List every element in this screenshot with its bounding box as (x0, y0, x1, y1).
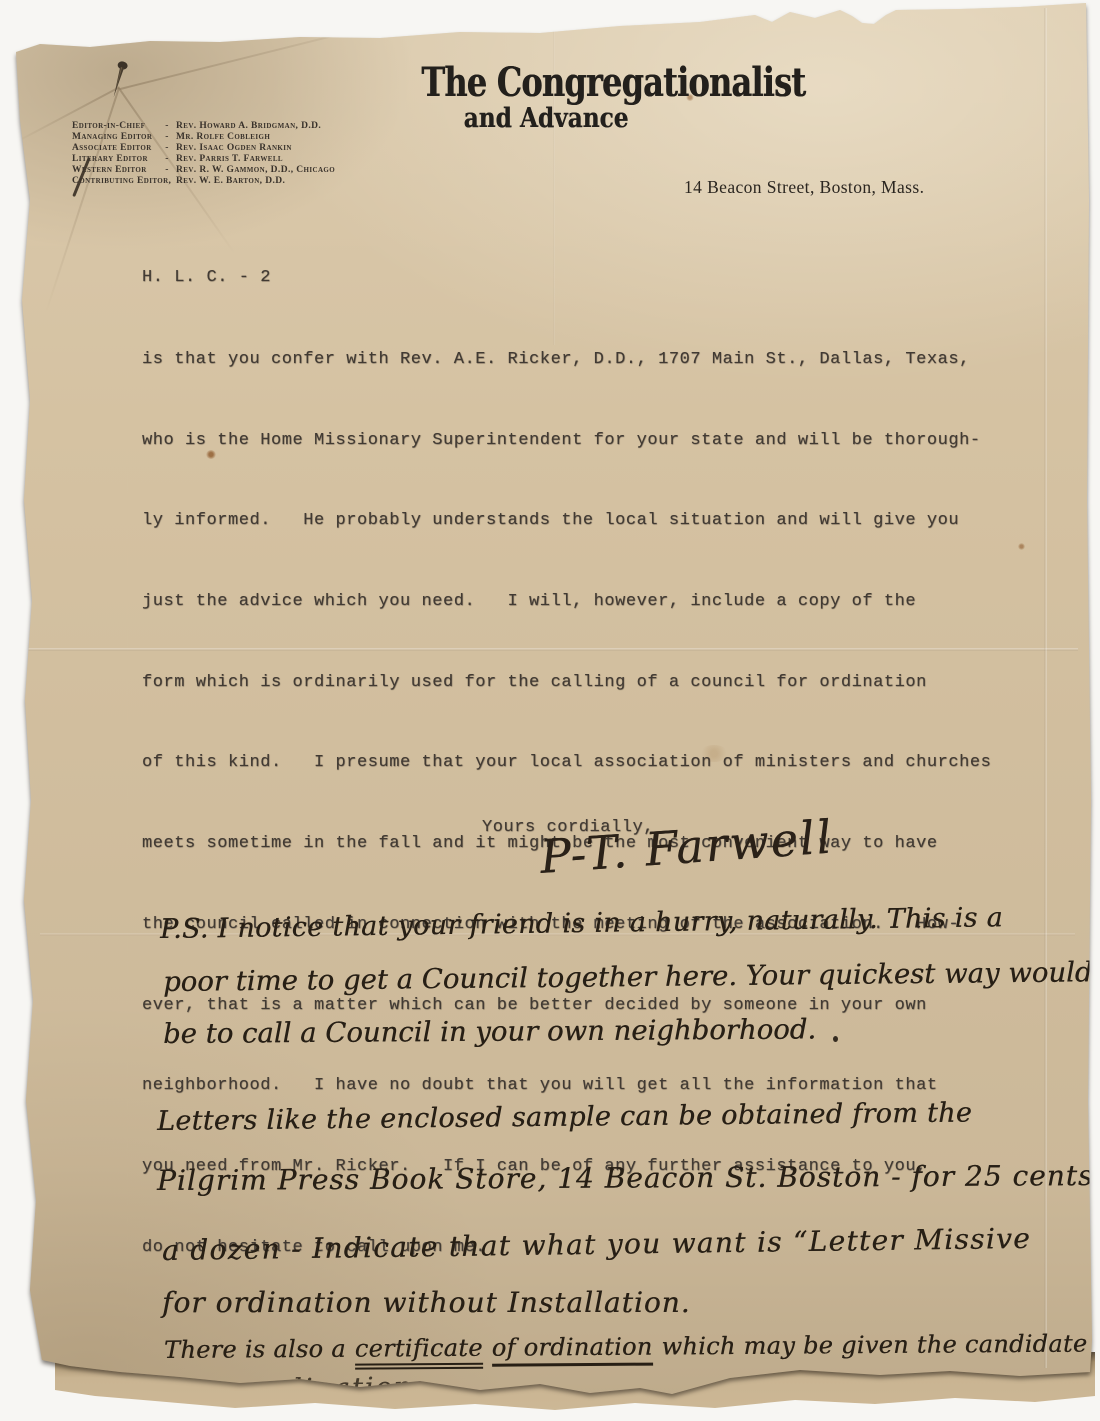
editor-row: Managing Editor-Mr. Rolfe Cobleigh (72, 132, 335, 143)
editor-name: Rev. Howard A. Bridgman, D.D. (176, 121, 335, 132)
note-line: Pilgrim Press Book Store, 14 Beacon St. … (157, 1159, 1093, 1197)
masthead: The Congregationalist and Advance (390, 60, 702, 132)
ps-line: be to call a Council in your own neighbo… (163, 1013, 816, 1050)
editor-role: Contributing Editor, (72, 176, 158, 187)
scan-background: The Congregationalist and Advance Editor… (0, 0, 1100, 1421)
editor-role: Managing Editor (72, 132, 158, 143)
editor-role: Literary Editor (72, 154, 158, 165)
editor-row: Contributing Editor,Rev. W. E. Barton, D… (72, 176, 335, 187)
editor-separator: - (158, 154, 176, 165)
underlined-word: certificate (355, 1334, 483, 1370)
editor-name: Rev. Parris T. Farwell (176, 154, 335, 165)
editor-row: Western Editor-Rev. R. W. Gammon, D.D., … (72, 165, 335, 176)
editor-separator: - (158, 121, 176, 132)
editor-name: Rev. R. W. Gammon, D.D., Chicago (176, 165, 335, 176)
letter-paper: The Congregationalist and Advance Editor… (0, 0, 1100, 1421)
page-number-header: H. L. C. - 2 (142, 268, 271, 287)
editor-role: Western Editor (72, 165, 158, 176)
editor-role: Editor-in-Chief (72, 121, 158, 132)
typed-line: of this kind. I presume that your local … (142, 742, 991, 785)
typed-paragraph: is that you confer with Rev. A.E. Ricker… (142, 301, 991, 1307)
fold-crease (120, 11, 431, 90)
typed-line: who is the Home Missionary Superintenden… (142, 420, 991, 463)
note-line: after ordination (165, 1372, 414, 1407)
underlined-word: of ordination (492, 1333, 653, 1367)
editor-row: Literary Editor-Rev. Parris T. Farwell (72, 154, 335, 165)
editor-separator: - (158, 165, 176, 176)
straight-pin-icon (103, 58, 136, 103)
note-text: There is also a (164, 1335, 346, 1364)
address-line: 14 Beacon Street, Boston, Mass. (684, 177, 924, 198)
masthead-subtitle: and Advance (412, 106, 680, 132)
masthead-title: The Congregationalist (421, 60, 671, 106)
note-text: which may be given the candidate (661, 1330, 1087, 1361)
editor-role: Associate Editor (72, 143, 158, 154)
typed-line: form which is ordinarily used for the ca… (142, 662, 991, 705)
typed-line: just the advice which you need. I will, … (142, 581, 991, 624)
editors-list: Editor-in-Chief-Rev. Howard A. Bridgman,… (72, 121, 335, 186)
editor-row: Editor-in-Chief-Rev. Howard A. Bridgman,… (72, 121, 335, 132)
note-line: There is also acertificateof ordinationw… (164, 1329, 1097, 1364)
editor-name: Rev. Isaac Ogden Rankin (176, 143, 335, 154)
editor-name: Mr. Rolfe Cobleigh (176, 132, 335, 143)
typed-line: is that you confer with Rev. A.E. Ricker… (142, 339, 991, 382)
editor-separator: - (158, 143, 176, 154)
editor-separator (158, 176, 176, 187)
stain (1018, 543, 1025, 550)
typed-line: ly informed. He probably understands the… (142, 500, 991, 543)
paper-shadow: The Congregationalist and Advance Editor… (0, 0, 1100, 1421)
editor-row: Associate Editor-Rev. Isaac Ogden Rankin (72, 143, 335, 154)
note-line: for ordination without Installation. (162, 1286, 691, 1319)
editor-name: Rev. W. E. Barton, D.D. (176, 176, 335, 187)
editor-separator: - (158, 132, 176, 143)
